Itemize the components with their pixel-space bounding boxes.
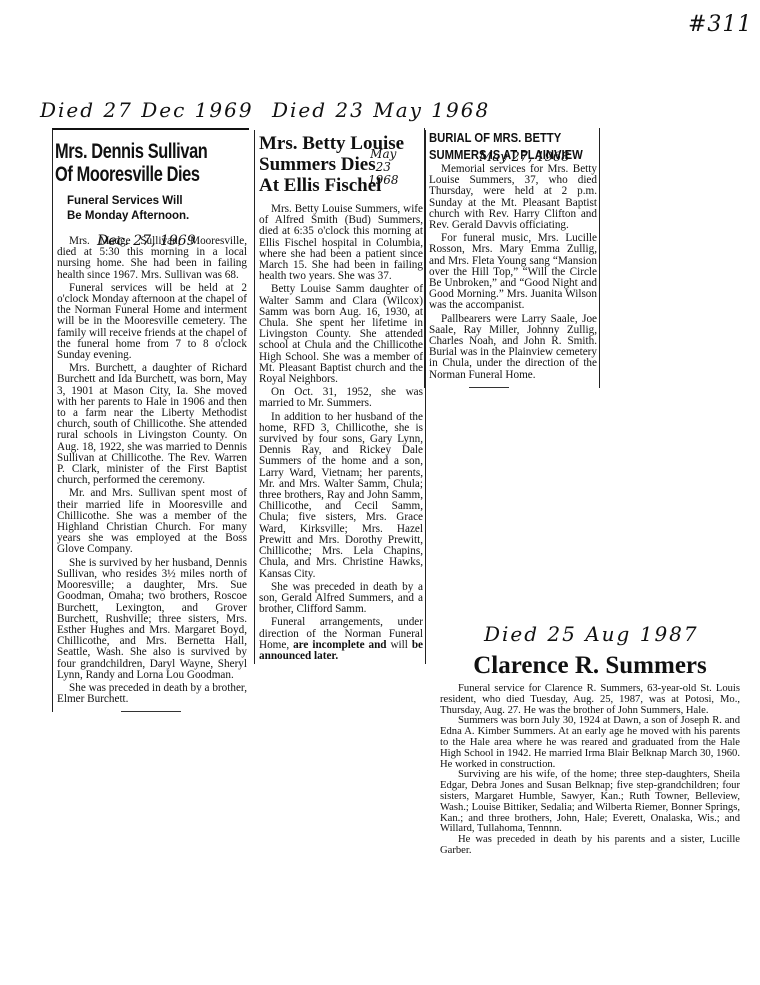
end-rule — [469, 387, 509, 388]
article-body: Mrs. Betty Louise Summers, wife of Alfre… — [259, 204, 423, 662]
paragraph: For funeral music, Mrs. Lucille Rosson, … — [429, 233, 597, 311]
obituary-clarence-summers: Clarence R. Summers Funeral service for … — [440, 618, 740, 857]
paragraph: Summers was born July 30, 1924 at Dawn, … — [440, 716, 740, 770]
inline-handwritten-date: Dec. 27, 1969 — [97, 233, 196, 249]
subheadline: Funeral Services Will Be Monday Afternoo… — [67, 194, 249, 224]
paragraph: Surviving are his wife, of the home; thr… — [440, 770, 740, 835]
paragraph: Betty Louise Samm daughter of Walter Sam… — [259, 284, 423, 385]
paragraph: Funeral service for Clarence R. Summers,… — [440, 684, 740, 716]
paragraph: Mrs. Burchett, a daughter of Richard Bur… — [57, 363, 247, 486]
article-burial-betty-summers: BURIAL OF MRS. BETTY SUMMERS IS AT PLAIN… — [424, 128, 600, 388]
obituary-betty-summers: Mrs. Betty Louise Summers Dies At Ellis … — [254, 130, 426, 664]
paragraph: Mr. and Mrs. Sullivan spent most of thei… — [57, 488, 247, 555]
paragraph: Mrs. Betty Louise Summers, wife of Alfre… — [259, 204, 423, 282]
paragraph: She was preceded in death by a son, Gera… — [259, 582, 423, 616]
paragraph: Pallbearers were Larry Saale, Joe Saale,… — [429, 314, 597, 381]
page-number-annotation: #311 — [688, 12, 752, 37]
text-run-bold: are incomplete and — [293, 639, 386, 651]
headline-line: Of Mooresville Dies — [55, 163, 206, 186]
date-spacer — [440, 618, 740, 648]
obituary-sullivan: Mrs. Dennis Sullivan Of Mooresville Dies… — [52, 128, 249, 712]
inline-handwritten-date: May 27, 1968 — [479, 150, 569, 165]
article-body: Funeral service for Clarence R. Summers,… — [440, 684, 740, 857]
subheadline-line: Funeral Services Will — [67, 194, 249, 209]
paragraph: On Oct. 31, 1952, she was married to Mr.… — [259, 387, 423, 409]
paragraph: Funeral services will be held at 2 o'clo… — [57, 283, 247, 361]
handwritten-date-sullivan: Died 27 Dec 1969 — [40, 98, 254, 122]
paragraph: In addition to her husband of the home, … — [259, 412, 423, 580]
headline-line: BURIAL OF MRS. BETTY — [429, 130, 580, 147]
paragraph: Funeral arrangements, under direction of… — [259, 617, 423, 662]
margin-handwriting-line: 1968 — [368, 174, 399, 187]
headline: Mrs. Dennis Sullivan Of Mooresville Dies — [55, 140, 206, 186]
margin-handwritten-date: May 23 1968 — [368, 148, 399, 187]
headline: Clarence R. Summers — [440, 652, 740, 680]
paragraph: He was preceded in death by his parents … — [440, 835, 740, 857]
handwritten-date-betty-summers: Died 23 May 1968 — [272, 98, 490, 122]
article-body: Memorial services for Mrs. Betty Louise … — [429, 164, 597, 381]
headline-line: Mrs. Dennis Sullivan — [55, 140, 206, 163]
article-body: Mrs. Madge Sullivan, Mooresville, died a… — [53, 236, 249, 705]
paragraph: She was preceded in death by a brother, … — [57, 683, 247, 705]
paragraph: She is survived by her husband, Dennis S… — [57, 558, 247, 681]
end-rule — [121, 711, 181, 712]
subheadline-line: Be Monday Afternoon. — [67, 209, 249, 224]
paragraph: Memorial services for Mrs. Betty Louise … — [429, 164, 597, 231]
text-run: will — [387, 639, 412, 651]
